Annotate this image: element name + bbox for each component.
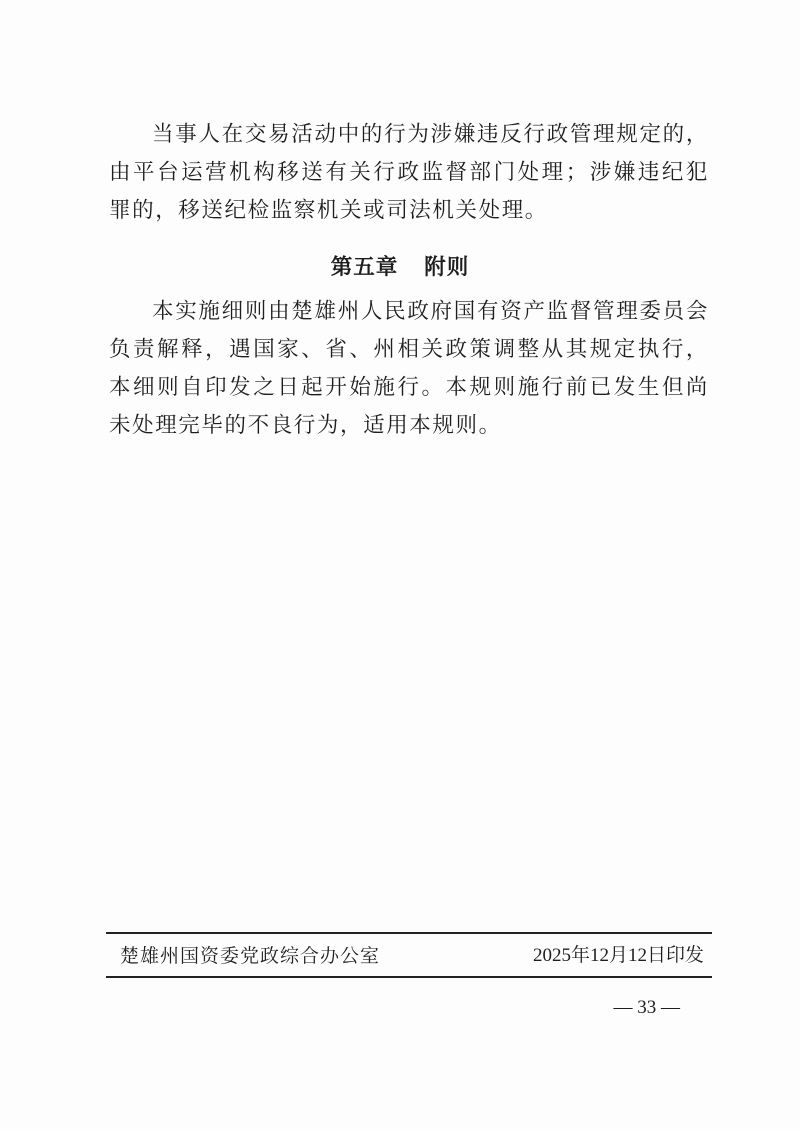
chapter-heading: 第五章附则 (0, 253, 800, 283)
document-page: 当事人在交易活动中的行为涉嫌违反行政管理规定的，由平台运营机构移送有关行政监督部… (0, 0, 800, 1129)
footer-issue-date: 2025年12月12日印发 (533, 942, 704, 970)
footer-bottom-rule (106, 976, 712, 978)
paragraph-referral-handling: 当事人在交易活动中的行为涉嫌违反行政管理规定的，由平台运营机构移送有关行政监督部… (109, 116, 709, 230)
footer-top-rule (106, 932, 712, 934)
footer-issuer: 楚雄州国资委党政综合办公室 (120, 942, 380, 970)
chapter-number: 第五章 (331, 255, 399, 280)
page-number: — 33 — (614, 995, 681, 1021)
paragraph-supplementary-provisions: 本实施细则由楚雄州人民政府国有资产监督管理委员会负责解释，遇国家、省、州相关政策… (109, 293, 709, 445)
chapter-title: 附则 (424, 255, 469, 280)
